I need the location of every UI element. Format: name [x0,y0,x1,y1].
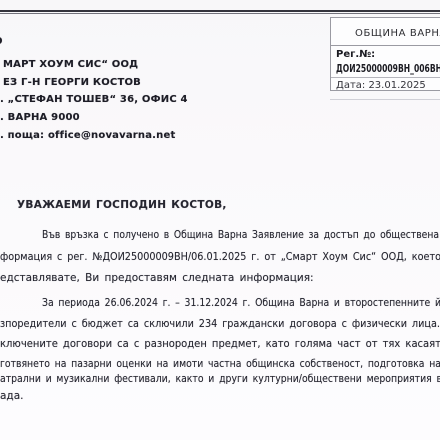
paragraph-2-line-4: готвянето на пазарни оценки на имоти час… [0,358,440,370]
paragraph-1-line-3: едставлявате, Ви предоставям следната ин… [0,272,314,284]
stamp-reg-label: Рег.№: [336,49,375,60]
paragraph-2-line-3: ключените договори са с разнороден предм… [0,338,440,350]
paragraph-1-line-2: формация с рег. №ДОИ25000009ВН/06.01.202… [0,251,440,263]
stamp-separator-top [331,45,440,46]
stamp-title: ОБЩИНА ВАРНА [331,28,440,39]
stamp-separator-middle [331,77,440,78]
stamp-reg-number: ДОИ25000009ВН_006ВН [336,62,440,75]
paragraph-2-line-2: зпоредители с бюджет са сключили 234 гра… [0,318,440,330]
recipient-city: . ВАРНА 9000 [0,112,80,123]
paragraph-2-line-1: За периода 26.06.2024 г. – 31.12.2024 г.… [42,297,440,309]
stamp-second-box-edge [330,99,440,100]
scanned-letter-page: { "colors": { "paper": "#fbfafc", "ink":… [0,0,440,440]
salutation: УВАЖАЕМИ ГОСПОДИН КОСТОВ, [17,199,227,211]
letterhead-rule-bottom [0,13,440,14]
recipient-company: МАРТ ХОУМ СИС“ ООД [3,59,138,70]
paragraph-2-line-5: атрални и музикални фестивали, както и д… [0,373,440,385]
registration-stamp: ОБЩИНА ВАРНА Рег.№: ДОИ25000009ВН_006ВН … [330,17,440,91]
paragraph-2-line-6: ада. [0,390,23,402]
recipient-edge-fragment: О [0,36,3,47]
recipient-street: . „СТЕФАН ТОШЕВ“ 36, ОФИС 4 [0,94,188,105]
recipient-attn: ЕЗ Г-Н ГЕОРГИ КОСТОВ [3,77,141,88]
letterhead-rule-top [0,10,440,12]
recipient-email: . поща: office@novavarna.net [0,130,175,141]
paragraph-1-line-1: Във връзка с получено в Община Варна Зая… [42,229,439,241]
stamp-date: Дата: 23.01.2025 [336,80,426,91]
